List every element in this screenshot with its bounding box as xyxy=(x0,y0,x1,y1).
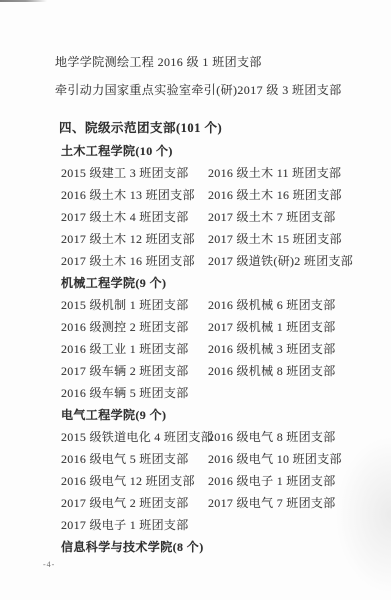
branch-item: 2015 级铁道电化 4 班团支部 xyxy=(61,426,208,448)
branch-item: 2016 级测控 2 班团支部 xyxy=(61,316,208,338)
intro-section: 地学学院测绘工程 2016 级 1 班团支部 牵引动力国家重点实验室牵引(研)2… xyxy=(0,0,391,104)
group-mechanical-engineering: 机械工程学院(9 个) 2015 级机制 1 班团支部 2016 级机械 6 班… xyxy=(0,272,391,404)
branch-item: 2016 级机械 6 班团支部 xyxy=(208,294,391,316)
scan-artifact xyxy=(0,0,47,2)
branch-row: 2016 级电气 5 班团支部 2016 级电气 10 班团支部 xyxy=(61,448,391,470)
branch-item: 2017 级电气 7 班团支部 xyxy=(208,492,391,514)
branch-row: 2016 级电气 12 班团支部 2016 级电子 1 班团支部 xyxy=(61,470,391,492)
branch-row: 2017 级电子 1 班团支部 xyxy=(61,514,391,536)
group-civil-engineering: 土木工程学院(10 个) 2015 级建工 3 班团支部 2016 级土木 11… xyxy=(0,140,391,272)
branch-item: 2016 级车辆 5 班团支部 xyxy=(61,382,208,404)
group-title-civil: 土木工程学院(10 个) xyxy=(61,140,391,162)
branch-row: 2017 级土木 4 班团支部 2017 级土木 7 班团支部 xyxy=(61,206,391,228)
group-title-electrical: 电气工程学院(9 个) xyxy=(61,404,391,426)
branch-item: 2017 级土木 16 班团支部 xyxy=(61,250,208,272)
branch-item: 2017 级车辆 2 班团支部 xyxy=(61,360,208,382)
branch-item: 2016 级电气 10 班团支部 xyxy=(208,448,391,470)
section-title: 四、院级示范团支部(101 个) xyxy=(59,116,391,140)
branch-row: 2016 级土木 13 班团支部 2016 级土木 16 班团支部 xyxy=(61,184,391,206)
branch-item: 2015 级建工 3 班团支部 xyxy=(61,162,208,184)
branch-item: 2016 级土木 13 班团支部 xyxy=(61,184,208,206)
branch-item: 2017 级电气 2 班团支部 xyxy=(61,492,208,514)
branch-row: 2015 级铁道电化 4 班团支部 2016 级电气 8 班团支部 xyxy=(61,426,391,448)
branch-item: 2016 级土木 16 班团支部 xyxy=(208,184,391,206)
branch-item: 2015 级机制 1 班团支部 xyxy=(61,294,208,316)
document-page: 地学学院测绘工程 2016 级 1 班团支部 牵引动力国家重点实验室牵引(研)2… xyxy=(0,0,391,600)
intro-line-2: 牵引动力国家重点实验室牵引(研)2017 级 3 班团支部 xyxy=(55,76,391,104)
branch-item: 2017 级土木 7 班团支部 xyxy=(208,206,391,228)
branch-row: 2016 级测控 2 班团支部 2017 级机械 1 班团支部 xyxy=(61,316,391,338)
group-title-mechanical: 机械工程学院(9 个) xyxy=(61,272,391,294)
branch-item: 2017 级土木 12 班团支部 xyxy=(61,228,208,250)
branch-row: 2017 级土木 16 班团支部 2017 级道铁(研)2 班团支部 xyxy=(61,250,391,272)
branch-item: 2016 级机械 8 班团支部 xyxy=(208,360,391,382)
branch-item: 2016 级土木 11 班团支部 xyxy=(208,162,391,184)
branch-row: 2017 级土木 12 班团支部 2017 级土木 15 班团支部 xyxy=(61,228,391,250)
branch-row: 2015 级建工 3 班团支部 2016 级土木 11 班团支部 xyxy=(61,162,391,184)
branch-row: 2015 级机制 1 班团支部 2016 级机械 6 班团支部 xyxy=(61,294,391,316)
group-electrical-engineering: 电气工程学院(9 个) 2015 级铁道电化 4 班团支部 2016 级电气 8… xyxy=(0,404,391,536)
branch-row: 2017 级车辆 2 班团支部 2016 级机械 8 班团支部 xyxy=(61,360,391,382)
branch-item: 2017 级土木 4 班团支部 xyxy=(61,206,208,228)
branch-item: 2016 级工业 1 班团支部 xyxy=(61,338,208,360)
branch-item: 2017 级机械 1 班团支部 xyxy=(208,316,391,338)
branch-item: 2017 级电子 1 班团支部 xyxy=(61,514,208,536)
branch-item: 2016 级电气 12 班团支部 xyxy=(61,470,208,492)
group-information-science: 信息科学与技术学院(8 个) xyxy=(0,536,391,558)
branch-item xyxy=(208,382,391,404)
branch-item xyxy=(208,514,391,536)
branch-item: 2016 级电子 1 班团支部 xyxy=(208,470,391,492)
branch-item: 2016 级电气 8 班团支部 xyxy=(208,426,391,448)
group-title-information: 信息科学与技术学院(8 个) xyxy=(61,536,391,558)
intro-line-1: 地学学院测绘工程 2016 级 1 班团支部 xyxy=(55,48,391,76)
branch-row: 2017 级电气 2 班团支部 2017 级电气 7 班团支部 xyxy=(61,492,391,514)
branch-item: 2016 级电气 5 班团支部 xyxy=(61,448,208,470)
branch-row: 2016 级车辆 5 班团支部 xyxy=(61,382,391,404)
branch-item: 2017 级道铁(研)2 班团支部 xyxy=(208,250,391,272)
branch-item: 2017 级土木 15 班团支部 xyxy=(208,228,391,250)
branch-row: 2016 级工业 1 班团支部 2016 级机械 3 班团支部 xyxy=(61,338,391,360)
branch-item: 2016 级机械 3 班团支部 xyxy=(208,338,391,360)
page-number: -4- xyxy=(43,560,391,570)
